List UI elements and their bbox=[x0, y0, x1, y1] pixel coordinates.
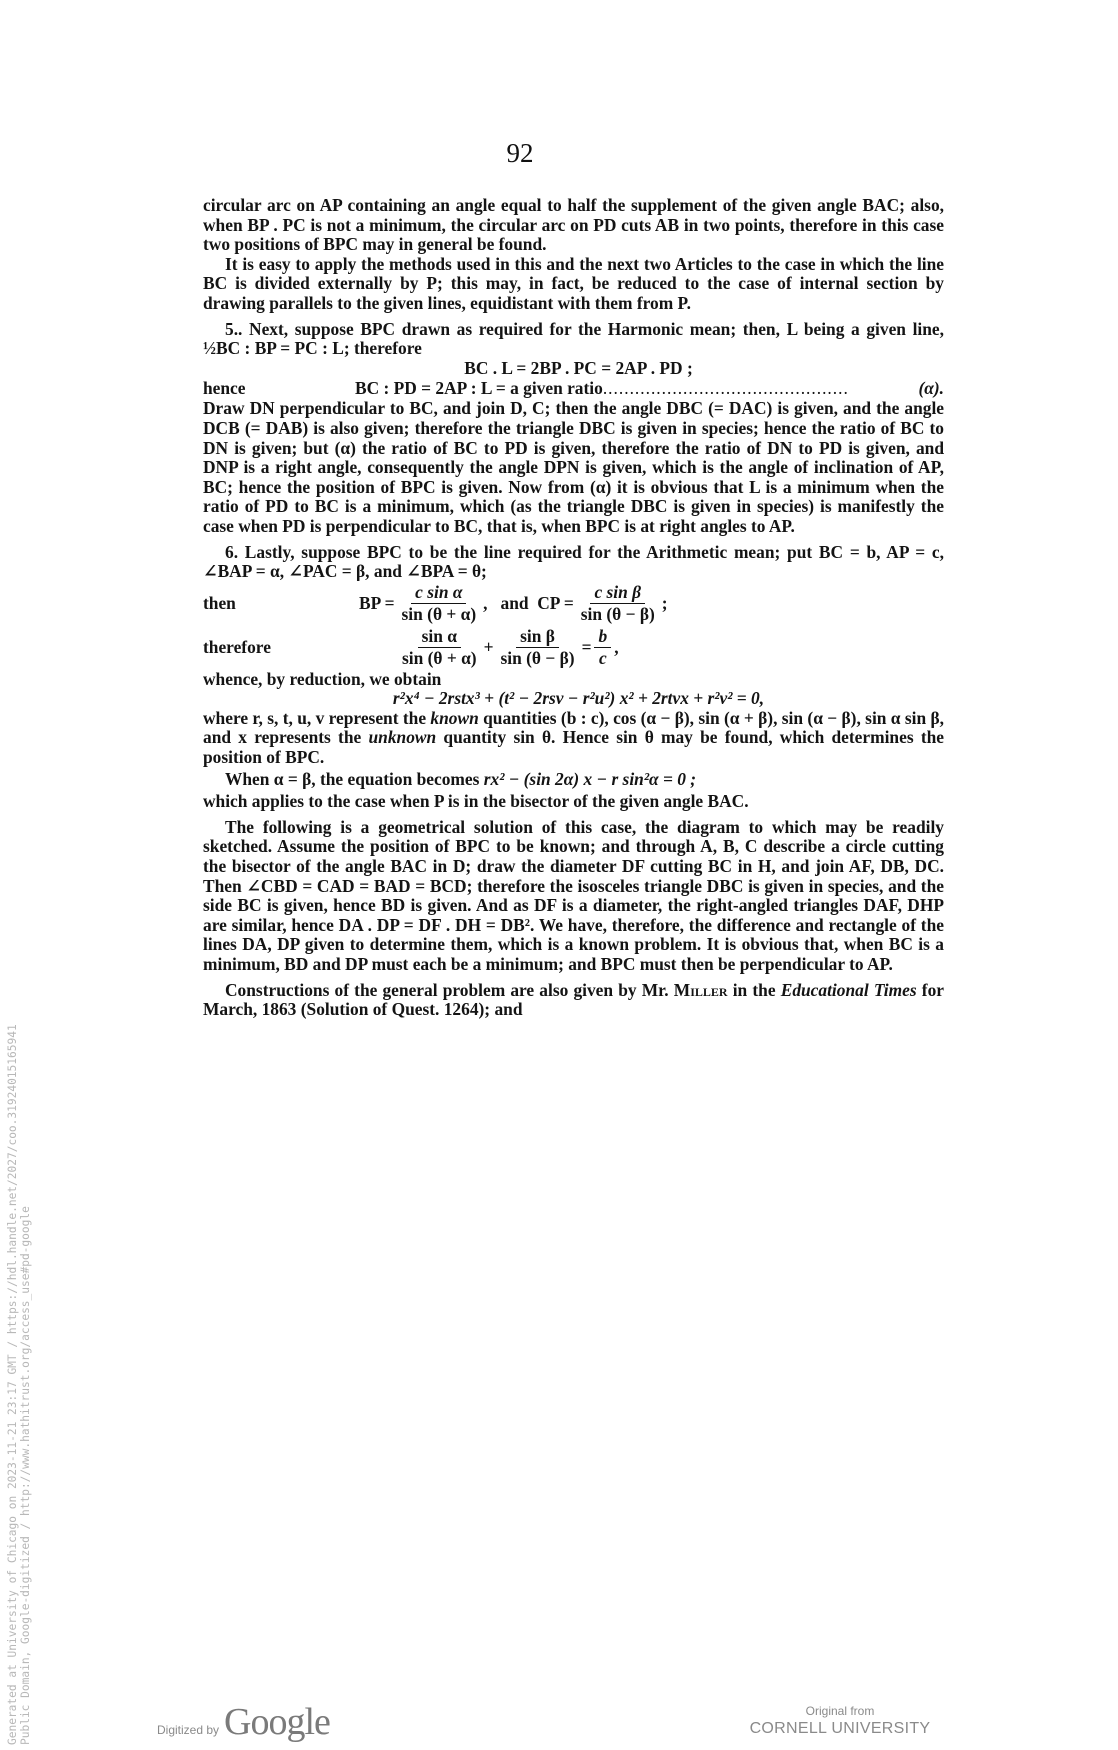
paragraph-alpha-equals-beta: When α = β, the equation becomes rx² − (… bbox=[203, 770, 944, 790]
hathitrust-watermark: Generated at University of Chicago on 20… bbox=[6, 1024, 32, 1745]
numerator: sin β bbox=[516, 627, 559, 648]
equation-quartic: r²x⁴ − 2rstx³ + (t² − 2rsv − r²u²) x² + … bbox=[203, 689, 944, 709]
equals-sign: = bbox=[582, 638, 592, 658]
author-name: Miller bbox=[674, 980, 728, 1000]
paragraph-harmonic-proof: Draw DN perpendicular to BC, and join D,… bbox=[203, 399, 944, 536]
digitized-by-google: Digitized by Google bbox=[157, 1700, 330, 1744]
equation-therefore-sum: therefore sin α sin (θ + α) + sin β sin … bbox=[203, 626, 944, 670]
google-logo: Google bbox=[224, 1700, 330, 1744]
fraction: sin α sin (θ + α) bbox=[398, 627, 481, 668]
equation-bc-l: BC . L = 2BP . PC = 2AP . PD ; bbox=[203, 359, 944, 379]
fraction: c sin β sin (θ − β) bbox=[577, 583, 659, 624]
text-run: where r, s, t, u, v represent the bbox=[203, 708, 430, 728]
numerator: c sin α bbox=[411, 583, 466, 604]
emphasis-unknown: unknown bbox=[368, 727, 436, 747]
fraction: sin β sin (θ − β) bbox=[497, 627, 579, 668]
numerator: c sin β bbox=[590, 583, 645, 604]
equation-body: BC : PD = 2AP : L = a given ratio bbox=[355, 379, 603, 399]
equation-tag: (α). bbox=[918, 379, 944, 399]
denominator: sin (θ + α) bbox=[398, 648, 481, 668]
original-from: Original from CORNELL UNIVERSITY bbox=[700, 1704, 980, 1738]
digitized-by-label: Digitized by bbox=[157, 1723, 219, 1737]
text-run: When α = β, the equation becomes bbox=[225, 769, 484, 789]
document-page: 92 circular arc on AP containing an angl… bbox=[0, 0, 1118, 1750]
paragraph-article-5: 5.. Next, suppose BPC drawn as required … bbox=[203, 320, 944, 359]
paragraph-external-section: It is easy to apply the methods used in … bbox=[203, 255, 944, 314]
equation-bp-cp: then BP = c sin α sin (θ + α) , and CP =… bbox=[203, 582, 944, 626]
paragraph-known-quantities: where r, s, t, u, v represent the known … bbox=[203, 709, 944, 768]
text-run: Constructions of the general problem are… bbox=[225, 980, 674, 1000]
fraction: c sin α sin (θ + α) bbox=[398, 583, 481, 624]
institution-name: CORNELL UNIVERSITY bbox=[700, 1719, 980, 1738]
paragraph-continuation: circular arc on AP containing an angle e… bbox=[203, 196, 944, 255]
journal-title: Educational Times bbox=[781, 980, 917, 1000]
equation-label: therefore bbox=[203, 638, 355, 658]
denominator: c bbox=[595, 648, 611, 668]
page-number: 92 bbox=[0, 138, 1040, 169]
paragraph-article-6: 6. Lastly, suppose BPC to be the line re… bbox=[203, 543, 944, 582]
emphasis-known: known bbox=[430, 708, 478, 728]
paragraph-reduction: whence, by reduction, we obtain bbox=[203, 670, 944, 690]
paragraph-geometrical-solution: The following is a geometrical solution … bbox=[203, 818, 944, 975]
denominator: sin (θ + α) bbox=[398, 604, 481, 624]
equation-label: hence bbox=[203, 379, 355, 399]
text-run: in the bbox=[728, 980, 781, 1000]
watermark-line-1: Generated at University of Chicago on 20… bbox=[6, 1024, 19, 1745]
watermark-line-2: Public Domain, Google-digitized / http:/… bbox=[19, 1024, 32, 1745]
equation-hence-ratio: hence BC : PD = 2AP : L = a given ratio … bbox=[203, 378, 944, 399]
equation-label: then bbox=[203, 594, 355, 614]
paragraph-constructions: Constructions of the general problem are… bbox=[203, 981, 944, 1020]
equation-lhs: BP = bbox=[359, 594, 395, 614]
denominator: sin (θ − β) bbox=[577, 604, 659, 624]
numerator: sin α bbox=[418, 627, 461, 648]
equation-quadratic: rx² − (sin 2α) x − r sin²α = 0 ; bbox=[484, 769, 696, 789]
plus-sign: + bbox=[484, 638, 494, 658]
fraction: b c bbox=[594, 627, 611, 668]
denominator: sin (θ − β) bbox=[497, 648, 579, 668]
original-from-label: Original from bbox=[700, 1704, 980, 1719]
paragraph-bisector-case: which applies to the case when P is in t… bbox=[203, 792, 944, 812]
equation-end: ; bbox=[662, 594, 668, 614]
body-text: circular arc on AP containing an angle e… bbox=[203, 196, 944, 1020]
numerator: b bbox=[594, 627, 611, 648]
equation-end: , bbox=[614, 638, 618, 658]
equation-leader-dots: ........................................… bbox=[603, 379, 919, 399]
equation-middle: , and CP = bbox=[483, 594, 574, 614]
